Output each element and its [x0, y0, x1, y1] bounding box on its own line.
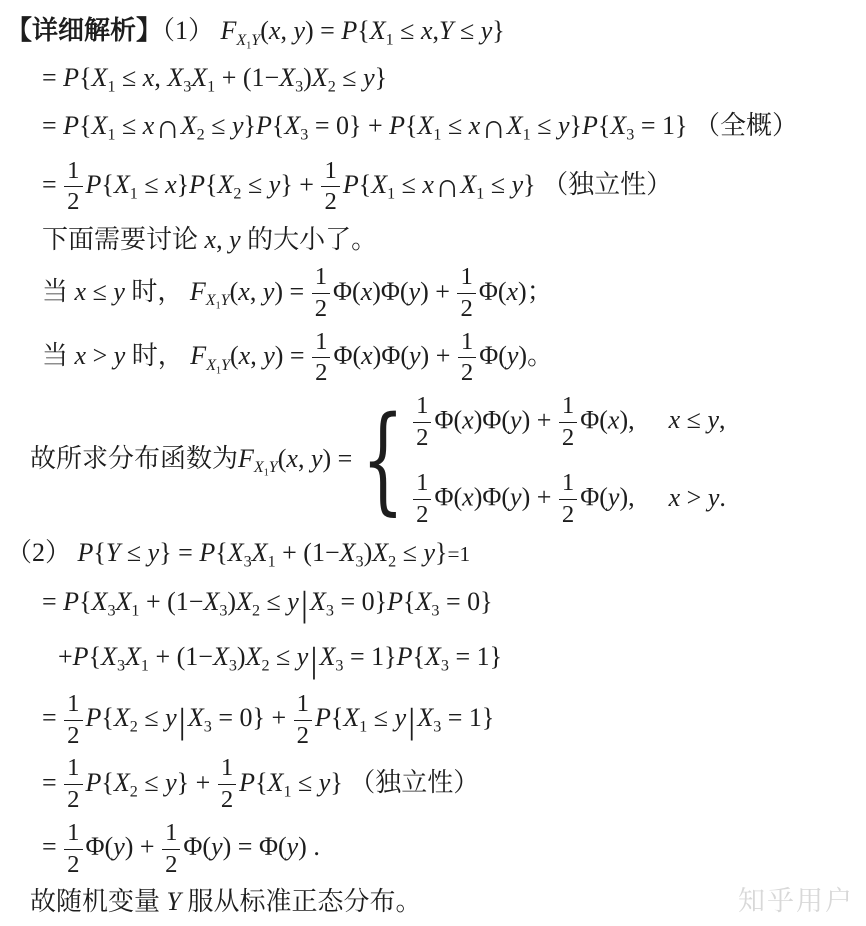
math-token: + (1−: [149, 642, 213, 671]
math-token: y: [319, 768, 331, 797]
math-token: ) +: [522, 483, 558, 512]
math-token: )Φ(: [373, 341, 409, 370]
fraction-numerator: 1: [559, 393, 577, 423]
subscript: 1: [107, 78, 115, 95]
fraction-denominator: 2: [64, 785, 82, 813]
math-token: X: [188, 703, 204, 732]
math-token: ,: [250, 277, 263, 306]
math-token: X: [340, 538, 356, 567]
math-token: ≤: [292, 768, 319, 797]
equation-line: 当 x ≤ y 时， FX1Y(x, y) = 12Φ(x)Φ(y) + 12Φ…: [4, 264, 858, 321]
fraction-numerator: 1: [413, 470, 431, 500]
math-token: {: [79, 587, 91, 616]
math-token: X: [320, 642, 336, 671]
math-token: {: [413, 642, 425, 671]
piecewise-equation-line: 故所求分布函数为FX1Y(x, y) = {12Φ(x)Φ(y) + 12Φ(x…: [4, 393, 858, 528]
equation-line: = P{X3X1 + (1−X3)X2 ≤ y|X3 = 0}P{X3 = 0}: [4, 580, 858, 628]
math-segment: 故随机变量 Y 服从标准正态分布。: [30, 887, 422, 916]
math-token: y: [229, 225, 241, 254]
math-token: y: [263, 341, 275, 370]
math-token: X: [246, 642, 262, 671]
math-token: y: [707, 405, 719, 434]
math-token: ,: [154, 63, 167, 92]
math-token: 2: [328, 78, 336, 95]
math-token: {: [101, 170, 113, 199]
math-token: Φ(: [580, 483, 608, 512]
math-token: 2: [130, 719, 138, 736]
math-token: ): [303, 63, 312, 92]
math-token: ),: [619, 483, 634, 512]
math-token: ≤: [116, 63, 143, 92]
math-token: y: [608, 483, 620, 512]
math-token: F: [221, 16, 237, 45]
watermark: 知乎用户: [738, 879, 854, 918]
piecewise-row: 12Φ(x)Φ(y) + 12Φ(y),x > y.: [412, 470, 726, 527]
subscript: 3: [107, 602, 115, 619]
math-token: P: [389, 111, 405, 140]
math-token: .: [719, 483, 726, 512]
math-token: =1: [448, 542, 471, 566]
math-token: Y: [106, 538, 120, 567]
math-token: ≤: [205, 111, 232, 140]
math-token: ) =: [305, 16, 341, 45]
piecewise-lead: 故所求分布函数为FX1Y(x, y) =: [30, 441, 352, 481]
math-token: X: [167, 63, 183, 92]
math-token: ≤: [453, 16, 480, 45]
math-token: ≤: [116, 111, 143, 140]
math-token: x: [361, 277, 373, 306]
equation-line: = 12P{X1 ≤ x}P{X2 ≤ y} + 12P{X1 ≤ x∩X1 ≤…: [4, 158, 858, 215]
equation-line: = 12P{X2 ≤ y} + 12P{X1 ≤ y} （独立性）: [4, 755, 858, 812]
subscript: 2: [328, 78, 336, 95]
math-token: 2: [252, 602, 260, 619]
subscript: 1: [386, 32, 394, 49]
math-segment: +P{X3X1 + (1−X3)X2 ≤ y|X3 = 1}P{X3 = 1}: [58, 642, 502, 671]
math-token: P: [189, 170, 205, 199]
math-token: ≤: [367, 703, 394, 732]
math-token: P: [63, 63, 79, 92]
subscript: X1Y: [254, 459, 278, 476]
left-brace: {: [362, 395, 405, 525]
math-token: 3: [107, 602, 115, 619]
math-token: X: [425, 642, 441, 671]
math-token: X: [114, 703, 130, 732]
math-token: Y: [221, 357, 230, 374]
math-token: )。: [518, 341, 553, 370]
math-token: X: [228, 538, 244, 567]
fraction-denominator: 2: [559, 500, 577, 528]
math-token: 3: [295, 78, 303, 95]
subscript: 3: [326, 602, 334, 619]
math-token: {: [79, 63, 91, 92]
subscript: 1: [523, 127, 531, 144]
math-token: 当: [42, 277, 75, 306]
math-token: Φ(: [86, 832, 114, 861]
conditional-bar: |: [179, 697, 186, 745]
math-token: ): [237, 642, 246, 671]
subscript: 1: [107, 127, 115, 144]
fraction-one-half: 12: [321, 158, 339, 215]
math-token: ≤: [680, 405, 707, 434]
math-token: x: [422, 170, 434, 199]
math-token: ) +: [522, 405, 558, 434]
subscript: 3: [229, 658, 237, 675]
math-token: }: [570, 111, 582, 140]
math-token: X: [213, 642, 229, 671]
math-token: ≤: [394, 16, 421, 45]
math-token: =: [42, 63, 63, 92]
math-token: {: [359, 170, 371, 199]
math-segment: =1: [448, 542, 471, 566]
conditional-bar: |: [301, 580, 308, 628]
math-segment: 故所求分布函数为FX1Y(x, y) =: [30, 444, 352, 473]
math-token: X: [116, 587, 132, 616]
math-token: P: [63, 587, 79, 616]
fraction-one-half: 12: [413, 393, 431, 450]
math-token: {: [255, 768, 267, 797]
math-token: X: [125, 642, 141, 671]
math-token: Y: [251, 32, 260, 49]
fraction-numerator: 1: [321, 158, 339, 188]
math-token: )Φ(: [372, 277, 408, 306]
math-segment: = 12P{X1 ≤ x}P{X2 ≤ y} + 12P{X1 ≤ x∩X1 ≤…: [42, 170, 672, 199]
math-content: 【详细解析】（1） FX1Y(x, y) = P{X1 ≤ x,Y ≤ y}= …: [4, 13, 858, 919]
math-token: Φ(: [434, 483, 462, 512]
math-token: Φ(: [183, 832, 211, 861]
piecewise-row-formula: 12Φ(x)Φ(y) + 12Φ(y),: [412, 470, 635, 527]
subscript: 1: [141, 658, 149, 675]
math-token: Y: [167, 887, 181, 916]
math-token: X: [416, 587, 432, 616]
math-token: X: [236, 32, 246, 49]
math-token: P: [315, 703, 331, 732]
math-token: + (1−: [276, 538, 340, 567]
math-token: X: [101, 642, 117, 671]
math-token: ): [227, 587, 236, 616]
math-token: y: [269, 170, 281, 199]
fraction-denominator: 2: [458, 358, 476, 386]
math-token: x: [205, 225, 217, 254]
math-token: 3: [356, 553, 364, 570]
math-token: y: [708, 483, 720, 512]
math-token: {: [205, 170, 217, 199]
math-token: Φ(: [479, 277, 507, 306]
subscript: 2: [197, 127, 205, 144]
math-token: {: [101, 768, 113, 797]
fraction-one-half: 12: [294, 691, 312, 748]
math-token: X: [206, 357, 216, 374]
math-token: X: [284, 111, 300, 140]
math-segment: = 12P{X2 ≤ y|X3 = 0} + 12P{X1 ≤ y|X3 = 1…: [42, 703, 494, 732]
math-token: 3: [441, 658, 449, 675]
fraction-denominator: 2: [559, 423, 577, 451]
math-token: y: [409, 341, 421, 370]
math-token: X: [114, 170, 130, 199]
fraction-numerator: 1: [457, 264, 475, 294]
math-token: >: [86, 341, 114, 370]
math-token: {: [272, 111, 284, 140]
fraction-numerator: 1: [413, 393, 431, 423]
subscript: 3: [244, 553, 252, 570]
math-token: X: [610, 111, 626, 140]
math-token: = 1}: [343, 642, 396, 671]
fraction-denominator: 2: [64, 187, 82, 215]
math-token: 1: [523, 127, 531, 144]
math-token: =: [42, 832, 63, 861]
math-token: {: [357, 16, 369, 45]
math-token: {: [79, 111, 91, 140]
math-token: 3: [204, 719, 212, 736]
math-token: y: [113, 277, 125, 306]
equation-line: 【详细解析】（1） FX1Y(x, y) = P{X1 ≤ x,Y ≤ y}: [4, 13, 858, 53]
fraction-one-half: 12: [64, 820, 82, 877]
math-token: = 1} （全概）: [634, 111, 798, 140]
equation-line: = P{X1 ≤ x∩X2 ≤ y}P{X3 = 0} + P{X1 ≤ x∩X…: [4, 105, 858, 151]
math-token: }: [375, 63, 387, 92]
math-token: x: [462, 405, 474, 434]
math-token: （2）: [6, 538, 78, 567]
math-token: {: [89, 642, 101, 671]
math-token: F: [190, 277, 206, 306]
math-token: ≤: [270, 642, 297, 671]
equation-line: 当 x > y 时， FX1Y(x, y) = 12Φ(x)Φ(y) + 12Φ…: [4, 329, 858, 386]
math-token: ≤: [260, 587, 287, 616]
math-token: X: [372, 538, 388, 567]
math-token: Φ(: [580, 405, 608, 434]
math-token: X: [343, 703, 359, 732]
math-token: x: [165, 170, 177, 199]
math-token: 2: [130, 783, 138, 800]
subscript: 2: [261, 658, 269, 675]
math-token: ≤: [86, 277, 113, 306]
math-token: ,: [719, 405, 726, 434]
math-token: ≤: [484, 170, 511, 199]
math-token: ≤: [138, 768, 165, 797]
math-token: P: [86, 170, 102, 199]
math-token: y: [263, 277, 275, 306]
math-token: x: [506, 277, 518, 306]
subscript: 2: [252, 602, 260, 619]
math-token: )；: [518, 277, 553, 306]
math-token: x: [143, 63, 155, 92]
math-token: } （独立性）: [330, 768, 479, 797]
math-token: {: [215, 538, 227, 567]
math-token: Y: [221, 292, 230, 309]
math-token: 【详细解析】: [6, 16, 162, 45]
math-token: X: [92, 587, 108, 616]
math-token: = 0}: [334, 587, 387, 616]
math-token: = 0} +: [212, 703, 293, 732]
math-token: X: [310, 587, 326, 616]
piecewise-row-condition: x > y.: [669, 480, 726, 515]
math-token: (: [230, 277, 239, 306]
fraction-denominator: 2: [162, 850, 180, 878]
math-token: P: [343, 170, 359, 199]
math-token: =: [42, 703, 63, 732]
fraction-numerator: 1: [64, 755, 82, 785]
math-token: (: [230, 341, 239, 370]
math-token: X: [371, 170, 387, 199]
math-token: x: [75, 277, 87, 306]
math-token: y: [395, 703, 407, 732]
math-token: P: [341, 16, 357, 45]
math-token: P: [63, 111, 79, 140]
math-token: }: [492, 16, 504, 45]
subscript: X1Y: [236, 32, 260, 49]
math-token: P: [73, 642, 89, 671]
subscript: 1: [283, 783, 291, 800]
math-token: P: [86, 768, 102, 797]
subscript: 1: [130, 186, 138, 203]
math-token: ) +: [420, 277, 456, 306]
math-token: y: [114, 341, 126, 370]
math-token: 的大小了。: [241, 225, 378, 254]
math-token: X: [460, 170, 476, 199]
subscript: 2: [130, 719, 138, 736]
math-token: ) =: [275, 341, 311, 370]
math-token: X: [418, 111, 434, 140]
math-token: ≤: [138, 170, 165, 199]
math-token: y: [423, 538, 435, 567]
math-token: ) +: [421, 341, 457, 370]
math-token: {: [331, 703, 343, 732]
subscript: 1: [387, 186, 395, 203]
fraction-numerator: 1: [559, 470, 577, 500]
math-token: x: [143, 111, 155, 140]
math-token: X: [218, 170, 234, 199]
solution-document: 【详细解析】（1） FX1Y(x, y) = P{X1 ≤ x,Y ≤ y}= …: [0, 0, 866, 919]
fraction-denominator: 2: [413, 500, 431, 528]
math-token: X: [254, 459, 264, 476]
math-token: 故随机变量: [30, 887, 167, 916]
math-token: 1: [107, 78, 115, 95]
fraction-denominator: 2: [413, 423, 431, 451]
fraction-denominator: 2: [294, 721, 312, 749]
fraction-one-half: 12: [457, 264, 475, 321]
math-token: >: [680, 483, 708, 512]
math-token: 时，: [125, 341, 190, 370]
fraction-denominator: 2: [312, 358, 330, 386]
math-token: 2: [197, 127, 205, 144]
math-token: x: [608, 405, 620, 434]
math-token: X: [92, 111, 108, 140]
math-segment: 当 x > y 时， FX1Y(x, y) = 12Φ(x)Φ(y) + 12Φ…: [42, 341, 553, 370]
math-token: + (1−: [139, 587, 203, 616]
math-token: F: [238, 444, 254, 473]
math-token: X: [507, 111, 523, 140]
math-token: 服从标准正态分布。: [181, 887, 422, 916]
math-token: x: [361, 341, 373, 370]
intersection-symbol: ∩: [155, 109, 179, 146]
text-line: 下面需要讨论 x, y 的大小了。: [4, 222, 858, 257]
math-token: )Φ(: [474, 405, 510, 434]
math-token: Φ(: [333, 277, 361, 306]
math-token: {: [101, 703, 113, 732]
math-token: x: [286, 444, 298, 473]
fraction-numerator: 1: [312, 264, 330, 294]
equation-line: = 12Φ(y) + 12Φ(y) = Φ(y) .: [4, 820, 858, 877]
subscript: 3: [295, 78, 303, 95]
math-token: ≤: [395, 170, 422, 199]
piecewise-row: 12Φ(x)Φ(y) + 12Φ(x),x ≤ y,: [412, 393, 726, 450]
math-segment: （1） FX1Y(x, y) = P{X1 ≤ x,Y ≤ y}: [162, 16, 505, 45]
fraction-one-half: 12: [458, 329, 476, 386]
subscript: 3: [204, 719, 212, 736]
math-token: Y: [439, 16, 453, 45]
math-token: Φ(: [434, 405, 462, 434]
equation-line: （2） P{Y ≤ y} = P{X3X1 + (1−X3)X2 ≤ y}=1: [4, 535, 858, 573]
math-token: 1: [387, 186, 395, 203]
math-token: 3: [117, 658, 125, 675]
math-token: P: [256, 111, 272, 140]
math-token: }: [177, 170, 189, 199]
math-token: 2: [261, 658, 269, 675]
subscript: 3: [356, 553, 364, 570]
subscript: 2: [130, 783, 138, 800]
math-token: ≤: [336, 63, 363, 92]
math-token: } +: [177, 768, 217, 797]
math-token: ),: [619, 405, 634, 434]
math-token: } （独立性）: [523, 170, 672, 199]
math-token: y: [211, 832, 223, 861]
math-token: +: [58, 642, 73, 671]
math-token: y: [507, 341, 519, 370]
math-token: }: [435, 538, 447, 567]
math-token: =: [42, 768, 63, 797]
fraction-denominator: 2: [321, 187, 339, 215]
math-token: y: [165, 703, 177, 732]
math-token: y: [165, 768, 177, 797]
piecewise-row-formula: 12Φ(x)Φ(y) + 12Φ(x),: [412, 393, 635, 450]
math-token: ) = Φ(: [223, 832, 287, 861]
math-token: ≤: [441, 111, 468, 140]
math-token: 1: [283, 783, 291, 800]
math-token: y: [409, 277, 421, 306]
piecewise-row-condition: x ≤ y,: [669, 402, 726, 437]
subscript: 2: [388, 553, 396, 570]
math-token: 3: [229, 658, 237, 675]
fraction-one-half: 12: [559, 470, 577, 527]
fraction-numerator: 1: [64, 158, 82, 188]
piecewise-rows: 12Φ(x)Φ(y) + 12Φ(x),x ≤ y,12Φ(x)Φ(y) + 1…: [412, 393, 726, 528]
math-token: y: [232, 111, 244, 140]
math-token: 时，: [125, 277, 190, 306]
math-segment: = P{X1 ≤ x∩X2 ≤ y}P{X3 = 0} + P{X1 ≤ x∩X…: [42, 111, 798, 140]
math-token: x: [462, 483, 474, 512]
math-token: x: [669, 483, 681, 512]
math-token: X: [279, 63, 295, 92]
fraction-one-half: 12: [64, 691, 82, 748]
math-token: Y: [269, 459, 278, 476]
fraction-one-half: 12: [64, 755, 82, 812]
equation-line: = P{X1 ≤ x, X3X1 + (1−X3)X2 ≤ y}: [4, 60, 858, 98]
math-token: 1: [141, 658, 149, 675]
fraction-one-half: 12: [312, 329, 330, 386]
math-token: X: [92, 63, 108, 92]
intersection-symbol: ∩: [435, 168, 459, 205]
math-segment: 当 x ≤ y 时， FX1Y(x, y) = 12Φ(x)Φ(y) + 12Φ…: [42, 277, 553, 306]
fraction-numerator: 1: [458, 329, 476, 359]
math-token: y: [287, 587, 299, 616]
subscript: 3: [117, 658, 125, 675]
math-token: P: [397, 642, 413, 671]
math-segment: （2） P{Y ≤ y} = P{X3X1 + (1−X3)X2 ≤ y}: [6, 538, 448, 567]
math-token: =: [42, 587, 63, 616]
math-token: y: [297, 642, 309, 671]
fraction-numerator: 1: [312, 329, 330, 359]
fraction-numerator: 1: [64, 691, 82, 721]
math-token: x: [669, 405, 681, 434]
